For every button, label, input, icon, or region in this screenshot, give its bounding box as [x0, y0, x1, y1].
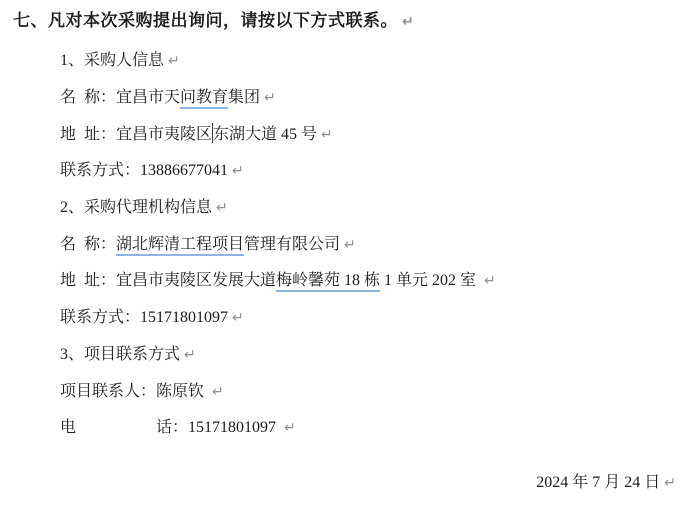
line-agency-title: 2、采购代理机构信息↵ [60, 197, 228, 219]
line-section-heading: 七、凡对本次采购提出询问，请按以下方式联系。↵ [13, 10, 414, 33]
spellcheck-underline: 问教育 [180, 89, 228, 109]
project-phone-text: 电 话：15171801097 [60, 419, 280, 436]
paragraph-mark-icon: ↵ [232, 310, 244, 326]
line-agency-name: 名 称：湖北辉清工程项目管理有限公司↵ [60, 234, 356, 256]
spellcheck-underline: 梅岭馨苑 18 栋 [276, 272, 380, 292]
paragraph-mark-icon: ↵ [216, 200, 228, 216]
agency-address-prefix: 地 址：宜昌市夷陵区发展大道 [60, 272, 276, 289]
paragraph-mark-icon: ↵ [402, 14, 414, 30]
paragraph-mark-icon: ↵ [484, 273, 496, 289]
project-title-text: 3、项目联系方式 [60, 346, 180, 363]
line-date: 2024 年 7 月 24 日↵ [0, 472, 700, 494]
line-project-title: 3、项目联系方式↵ [60, 344, 196, 366]
paragraph-mark-icon: ↵ [212, 384, 224, 400]
paragraph-mark-icon: ↵ [168, 53, 180, 69]
line-agency-address: 地 址：宜昌市夷陵区发展大道梅岭馨苑 18 栋 1 单元 202 室 ↵ [60, 270, 496, 292]
purchaser-address-after-cursor: 东湖大道 45 号 [213, 126, 317, 143]
purchaser-name-prefix: 名 称：宜昌市天 [60, 89, 180, 106]
agency-title-text: 2、采购代理机构信息 [60, 199, 212, 216]
heading-text: 七、凡对本次采购提出询问，请按以下方式联系。 [13, 11, 398, 30]
line-project-phone: 电 话：15171801097 ↵ [60, 417, 296, 439]
document-page[interactable]: 七、凡对本次采购提出询问，请按以下方式联系。↵ 1、采购人信息↵ 名 称：宜昌市… [0, 0, 700, 505]
purchaser-address-before-cursor: 地 址：宜昌市夷陵区 [60, 126, 212, 143]
project-contact-person-text: 项目联系人：陈原钦 [60, 383, 208, 400]
line-agency-contact: 联系方式：15171801097↵ [60, 307, 244, 329]
paragraph-mark-icon: ↵ [344, 237, 356, 253]
paragraph-mark-icon: ↵ [321, 127, 333, 143]
line-purchaser-contact: 联系方式：13886677041↵ [60, 160, 244, 182]
line-project-contact-person: 项目联系人：陈原钦 ↵ [60, 381, 224, 403]
line-purchaser-address: 地 址：宜昌市夷陵区东湖大道 45 号↵ [60, 123, 333, 146]
line-purchaser-title: 1、采购人信息↵ [60, 50, 180, 72]
paragraph-mark-icon: ↵ [264, 90, 276, 106]
paragraph-mark-icon: ↵ [284, 420, 296, 436]
paragraph-mark-icon: ↵ [232, 163, 244, 179]
purchaser-title-text: 1、采购人信息 [60, 52, 164, 69]
paragraph-mark-icon: ↵ [184, 347, 196, 363]
paragraph-mark-icon: ↵ [664, 475, 676, 491]
spellcheck-underline: 湖北辉清工程项目 [116, 236, 244, 256]
purchaser-name-suffix: 集团 [228, 89, 260, 106]
date-text: 2024 年 7 月 24 日 [536, 474, 660, 491]
agency-contact-text: 联系方式：15171801097 [60, 309, 228, 326]
agency-address-suffix: 1 单元 202 室 [380, 272, 480, 289]
line-purchaser-name: 名 称：宜昌市天问教育集团↵ [60, 87, 276, 109]
purchaser-contact-text: 联系方式：13886677041 [60, 162, 228, 179]
agency-name-prefix: 名 称： [60, 236, 116, 253]
agency-name-suffix: 管理有限公司 [244, 236, 340, 253]
